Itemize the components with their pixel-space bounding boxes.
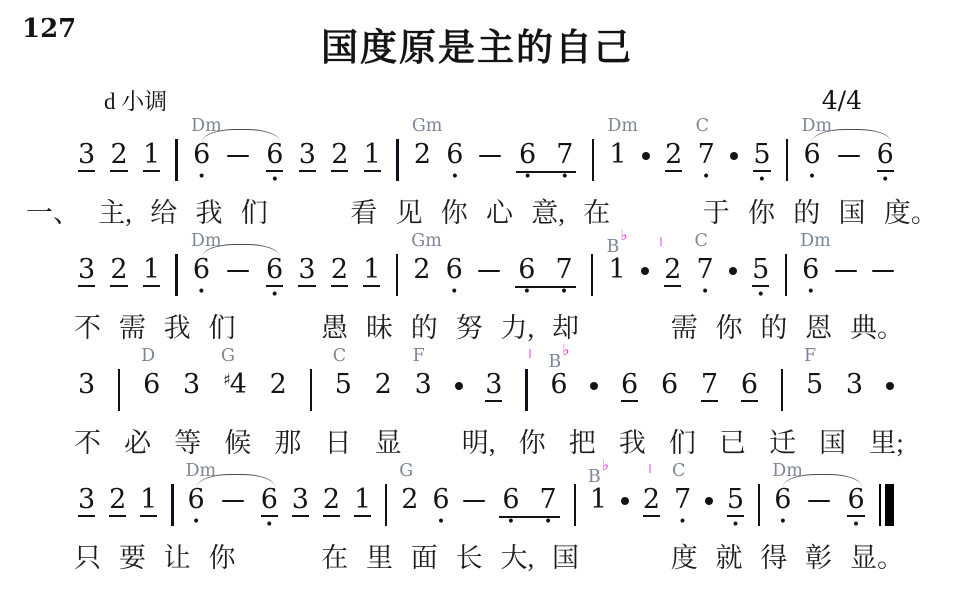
barline xyxy=(171,484,173,526)
chord-label: Dm xyxy=(772,463,803,481)
jianpu-note: 6• xyxy=(266,256,283,287)
chord-label: Dm xyxy=(191,233,222,251)
lyric-syllable: 主, xyxy=(98,198,132,229)
jianpu-note: 6• xyxy=(877,141,894,172)
sustain-dash xyxy=(872,270,894,273)
chord-label: C xyxy=(695,233,708,251)
note-value: 7 xyxy=(697,256,714,284)
note-value: 1 xyxy=(354,486,371,517)
lyric-syllable: 明, xyxy=(462,428,496,459)
jianpu-note: 3 xyxy=(78,256,95,287)
lyric-syllable: 的 xyxy=(793,198,820,229)
lyric-syllable: 里; xyxy=(869,428,904,459)
note-value: 3 xyxy=(78,486,95,517)
lyric-syllable: 愚 xyxy=(321,313,348,344)
low-octave-dot: • xyxy=(451,170,459,184)
lyric-syllable: 候 xyxy=(224,428,251,459)
lyric-syllable: 昧 xyxy=(366,313,393,344)
low-octave-dot: • xyxy=(560,285,568,299)
low-octave-dot: • xyxy=(701,285,709,299)
lyrics-row: 一、主,给我们看见你心意,在于你的国度。 xyxy=(26,198,938,229)
barline xyxy=(591,254,593,296)
barline xyxy=(592,139,594,181)
sustain-dash xyxy=(463,500,485,503)
jianpu-note: 2 xyxy=(323,486,340,517)
lyric-syllable: 给 xyxy=(150,198,177,229)
jianpu-note: 6 xyxy=(741,371,758,402)
lyric-syllable: 典。 xyxy=(850,313,904,344)
note-value: 6 xyxy=(774,486,791,514)
lyric-syllable: 你 xyxy=(441,198,468,229)
note-value: 2 xyxy=(110,141,127,172)
augmentation-dot xyxy=(729,267,737,275)
chord-label: Dm xyxy=(191,118,222,136)
note-value: 1 xyxy=(140,486,157,517)
lyric-syllable: 显。 xyxy=(850,543,904,574)
chord-label: G xyxy=(221,348,235,366)
lyric-syllable: 日 xyxy=(324,428,351,459)
low-octave-dot: • xyxy=(852,518,860,532)
lyric-syllable: 你 xyxy=(519,428,546,459)
note-value: 7 xyxy=(698,141,715,169)
sustain-dash xyxy=(808,500,830,503)
lyrics-row: 不必等候那日显明,你把我们已迁国里; xyxy=(74,428,904,459)
jianpu-note: Dm6• xyxy=(193,141,210,169)
chord-label: F xyxy=(804,348,816,366)
note-value: 6 xyxy=(266,256,283,287)
note-value: 6 xyxy=(261,486,278,517)
note-value: 3 xyxy=(78,141,95,172)
jianpu-note: 6• xyxy=(432,486,449,514)
sustain-dash xyxy=(227,270,249,273)
chord-label: Dm xyxy=(801,118,832,136)
jianpu-note: 3 xyxy=(846,371,863,399)
note-value: 3 xyxy=(78,256,95,287)
note-value: 1 xyxy=(363,256,380,287)
note-value: 6 xyxy=(803,141,820,169)
jianpu-note: 2 xyxy=(375,371,392,399)
jianpu-note: C7• xyxy=(674,486,691,514)
scan-tick xyxy=(660,237,662,246)
jianpu-note: F3 xyxy=(415,371,432,399)
note-value: 3 xyxy=(299,141,316,172)
barline xyxy=(786,139,788,181)
key-signature: d 小调 xyxy=(104,83,167,116)
note-value: 2 xyxy=(331,141,348,172)
lyric-syllable: 里 xyxy=(366,543,393,574)
barline xyxy=(758,484,760,526)
jianpu-note: G2 xyxy=(401,486,418,514)
chord-label: B♭ xyxy=(548,348,569,371)
note-value: 6 xyxy=(193,256,210,284)
barline xyxy=(175,139,177,181)
lyric-syllable: 一、 xyxy=(26,198,80,229)
jianpu-note: C5 xyxy=(335,371,352,399)
lyric-syllable: 等 xyxy=(174,428,201,459)
jianpu-note: 2 xyxy=(110,141,127,172)
jianpu-note: 1 xyxy=(140,486,157,517)
note-value: 6 xyxy=(550,371,567,399)
lyric-syllable: 度。 xyxy=(884,198,938,229)
chord-label: C xyxy=(672,463,685,481)
jianpu-note: 1 xyxy=(143,141,160,172)
beam-group: 6•7• xyxy=(515,256,575,288)
jianpu-note: 2 xyxy=(110,256,127,287)
augmentation-dot xyxy=(590,382,598,390)
lyric-syllable: 们 xyxy=(241,198,268,229)
note-value: 6 xyxy=(266,141,283,172)
augmentation-dot xyxy=(705,497,713,505)
jianpu-note: 6• xyxy=(261,486,278,517)
jianpu-note: 2 xyxy=(665,141,682,172)
lyric-syllable: 我 xyxy=(619,428,646,459)
tie-group: Dm6•6• xyxy=(774,486,864,517)
augmentation-dot xyxy=(886,382,894,390)
barline xyxy=(175,254,177,296)
note-value: 1 xyxy=(590,486,607,514)
augmentation-dot xyxy=(455,382,463,390)
note-value: 5 xyxy=(806,371,823,399)
lyric-syllable: 面 xyxy=(411,543,438,574)
jianpu-note: 3 xyxy=(78,371,95,399)
music-system: 321Dm6•6•321G26•6•7•B♭12C7•5•Dm6•6•只要让你在… xyxy=(0,461,954,576)
note-value: 2 xyxy=(401,486,418,514)
chord-label: Dm xyxy=(186,463,217,481)
jianpu-note: 1 xyxy=(354,486,371,517)
lyrics-row: 只要让你在里面长大,国度就得彰显。 xyxy=(74,543,904,574)
low-octave-dot: • xyxy=(437,515,445,529)
note-value: 5 xyxy=(727,486,744,517)
sustain-dash xyxy=(227,155,249,158)
lyric-syllable: 只 xyxy=(74,543,101,574)
jianpu-note: Dm6• xyxy=(193,256,210,284)
note-value: 1 xyxy=(609,141,626,169)
lyric-syllable: 见 xyxy=(396,198,423,229)
lyric-syllable: 恩 xyxy=(805,313,832,344)
note-value: 7 xyxy=(556,141,573,169)
lyric-syllable: 我 xyxy=(164,313,191,344)
barline xyxy=(396,254,398,296)
low-octave-dot: • xyxy=(779,515,787,529)
augmentation-dot xyxy=(730,152,738,160)
jianpu-note: Dm6• xyxy=(802,256,819,284)
note-value: 3 xyxy=(485,371,502,402)
jianpu-note: 2 xyxy=(331,141,348,172)
jianpu-note: 6 xyxy=(621,371,638,402)
lyric-syllable: 让 xyxy=(164,543,191,574)
note-value: 2 xyxy=(375,371,392,399)
jianpu-note: 2 xyxy=(643,486,660,517)
jianpu-note: 6• xyxy=(502,486,519,514)
jianpu-note: 2 xyxy=(109,486,126,517)
chord-label: C xyxy=(696,118,709,136)
lyric-syllable: 们 xyxy=(208,313,235,344)
chord-label: B♭ xyxy=(606,233,627,256)
low-octave-dot: • xyxy=(198,170,206,184)
lyric-syllable: 长 xyxy=(456,543,483,574)
final-barline xyxy=(879,484,894,526)
jianpu-note: Dm6• xyxy=(803,141,820,169)
lyric-gap xyxy=(253,566,303,567)
low-octave-dot: • xyxy=(731,518,739,532)
scan-tick xyxy=(529,349,531,358)
sustain-dash xyxy=(479,155,501,158)
note-value: 6 xyxy=(193,141,210,169)
note-value: 6 xyxy=(741,371,758,402)
note-value: 2 xyxy=(643,486,660,517)
low-octave-dot: • xyxy=(678,515,686,529)
lyric-syllable: 的 xyxy=(760,313,787,344)
jianpu-note: Dm1 xyxy=(609,141,626,169)
lyric-syllable: 不 xyxy=(74,428,101,459)
note-value: 1 xyxy=(364,141,381,172)
flat-icon: ♭ xyxy=(602,456,609,474)
flat-icon: ♭ xyxy=(620,226,627,244)
note-value: 6 xyxy=(802,256,819,284)
chord-label: Dm xyxy=(800,233,831,251)
sustain-dash xyxy=(478,270,500,273)
lyric-syllable: 显 xyxy=(375,428,402,459)
barline xyxy=(396,139,398,181)
low-octave-dot: • xyxy=(197,285,205,299)
jianpu-note: 6• xyxy=(446,141,463,169)
meta-row: d 小调 4/4 xyxy=(0,69,954,116)
note-value: 2 xyxy=(413,256,430,284)
lyric-gap xyxy=(597,336,653,337)
jianpu-note: 3 xyxy=(292,486,309,517)
lyric-syllable: 需 xyxy=(119,313,146,344)
note-value: 6 xyxy=(143,371,160,399)
jianpu-note: B♭1 xyxy=(590,486,607,514)
note-value: 2 xyxy=(323,486,340,517)
note-value: 3 xyxy=(78,371,95,399)
lyric-syllable: 却 xyxy=(552,313,579,344)
note-value: 6 xyxy=(661,371,678,399)
tie-group: Dm6•6• xyxy=(193,141,283,172)
jianpu-note: 1 xyxy=(364,141,381,172)
jianpu-note: 2 xyxy=(664,256,681,287)
sustain-dash xyxy=(838,155,860,158)
jianpu-note: 1 xyxy=(363,256,380,287)
lyric-syllable: 努 xyxy=(456,313,483,344)
note-value: 2 xyxy=(665,141,682,172)
sustain-dash xyxy=(222,500,244,503)
note-value: 7 xyxy=(540,486,557,514)
tie-group: Dm6•6• xyxy=(803,141,893,172)
jianpu-note: B♭1 xyxy=(608,256,625,284)
music-system: 3D63G♯42C52F33B♭66676F53不必等候那日显明,你把我们已迁国… xyxy=(0,346,954,461)
note-value: 2 xyxy=(331,256,348,287)
lyric-syllable: 已 xyxy=(719,428,746,459)
jianpu-note: 2 xyxy=(270,371,287,399)
jianpu-note: 6• xyxy=(446,256,463,284)
note-value: 7 xyxy=(555,256,572,284)
lyric-syllable: 不 xyxy=(74,313,101,344)
sharp-icon: ♯ xyxy=(223,370,231,389)
lyric-syllable: 需 xyxy=(671,313,698,344)
lyric-syllable: 在 xyxy=(583,198,610,229)
lyric-syllable: 心 xyxy=(486,198,513,229)
jianpu-note: C7• xyxy=(698,141,715,169)
low-octave-dot: • xyxy=(881,173,889,187)
jianpu-note: 6• xyxy=(847,486,864,517)
note-value: 3 xyxy=(298,256,315,287)
low-octave-dot: • xyxy=(758,173,766,187)
barline xyxy=(385,484,387,526)
jianpu-note: 3 xyxy=(299,141,316,172)
low-octave-dot: • xyxy=(270,288,278,302)
lyric-syllable: 得 xyxy=(760,543,787,574)
lyric-syllable: 国 xyxy=(552,543,579,574)
jianpu-note: Gm2 xyxy=(413,256,430,284)
jianpu-note: Dm6• xyxy=(774,486,791,514)
note-value: 3 xyxy=(415,371,432,399)
notation-row: 321Dm6•6•321Gm26•6•7•B♭12C7•5•Dm6• xyxy=(78,256,894,302)
scan-tick xyxy=(649,464,651,473)
chord-label: F xyxy=(413,348,425,366)
low-octave-dot: • xyxy=(757,288,765,302)
lyric-syllable: 你 xyxy=(748,198,775,229)
page-title: 国度原是主的自己 xyxy=(0,28,954,69)
note-value: 6 xyxy=(446,256,463,284)
note-value: 6 xyxy=(188,486,205,514)
jianpu-note: 5• xyxy=(753,141,770,172)
jianpu-note: G♯4 xyxy=(223,371,247,399)
low-octave-dot: • xyxy=(271,173,279,187)
lyric-gap xyxy=(597,566,653,567)
note-value: 5 xyxy=(753,141,770,172)
music-system: 321Dm6•6•321Gm26•6•7•B♭12C7•5•Dm6•不需我们愚昧… xyxy=(0,231,954,346)
lyric-syllable: 们 xyxy=(669,428,696,459)
barline xyxy=(525,369,527,411)
barline xyxy=(310,369,312,411)
notation-row: 321Dm6•6•321G26•6•7•B♭12C7•5•Dm6•6• xyxy=(78,486,894,532)
lyric-syllable: 国 xyxy=(839,198,866,229)
note-value: 3 xyxy=(183,371,200,399)
note-value: 1 xyxy=(608,256,625,284)
low-octave-dot: • xyxy=(561,170,569,184)
lyric-syllable: 大, xyxy=(500,543,534,574)
jianpu-note: 3 xyxy=(485,371,502,402)
jianpu-note: 7• xyxy=(556,141,573,169)
lyric-syllable: 迁 xyxy=(769,428,796,459)
barline xyxy=(574,484,576,526)
jianpu-note: Dm6• xyxy=(188,486,205,514)
flat-icon: ♭ xyxy=(562,341,569,359)
lyric-syllable: 必 xyxy=(124,428,151,459)
augmentation-dot xyxy=(641,267,649,275)
note-value: 6 xyxy=(446,141,463,169)
lyric-syllable: 彰 xyxy=(805,543,832,574)
note-value: 3 xyxy=(292,486,309,517)
chord-label: G xyxy=(399,463,413,481)
low-octave-dot: • xyxy=(702,170,710,184)
note-value: 3 xyxy=(846,371,863,399)
note-value: 6 xyxy=(847,486,864,517)
low-octave-dot: • xyxy=(192,515,200,529)
jianpu-note: Gm2 xyxy=(414,141,431,169)
barline xyxy=(781,369,783,411)
jianpu-note: C7• xyxy=(697,256,714,284)
note-value: 5 xyxy=(335,371,352,399)
lyric-syllable: 看 xyxy=(350,198,377,229)
chord-label: Gm xyxy=(412,118,443,136)
jianpu-note: 1 xyxy=(143,256,160,287)
lyric-syllable: 就 xyxy=(716,543,743,574)
jianpu-note: 7 xyxy=(701,371,718,402)
jianpu-note: 2 xyxy=(331,256,348,287)
chord-label: B♭ xyxy=(588,463,609,486)
jianpu-note: 5• xyxy=(752,256,769,287)
lyric-syllable: 意, xyxy=(531,198,565,229)
jianpu-note: B♭6 xyxy=(550,371,567,399)
beam-group: 6•7• xyxy=(516,141,576,173)
note-value: 6 xyxy=(432,486,449,514)
lyric-syllable: 国 xyxy=(819,428,846,459)
notation-row: 321Dm6•6•321Gm26•6•7•Dm12C7•5•Dm6•6• xyxy=(78,141,894,187)
time-signature: 4/4 xyxy=(822,86,862,115)
note-value: 7 xyxy=(674,486,691,514)
beam-group: 6•7• xyxy=(499,486,559,518)
note-value: 6 xyxy=(519,141,536,169)
lyric-syllable: 你 xyxy=(208,543,235,574)
note-value: 6 xyxy=(502,486,519,514)
note-value: 1 xyxy=(143,256,160,287)
jianpu-note: 3 xyxy=(183,371,200,399)
final-bar-thin xyxy=(879,484,881,526)
jianpu-note: 3 xyxy=(298,256,315,287)
note-value: 2 xyxy=(109,486,126,517)
jianpu-note: 7• xyxy=(540,486,557,514)
chord-label: D xyxy=(141,348,155,366)
sheet-music-page: 127 国度原是主的自己 d 小调 4/4 321Dm6•6•321Gm26•6… xyxy=(0,0,954,610)
lyric-syllable: 度 xyxy=(671,543,698,574)
note-value: 4 xyxy=(230,371,247,399)
note-value: 6 xyxy=(877,141,894,172)
jianpu-note: F5 xyxy=(806,371,823,399)
chord-label: C xyxy=(333,348,346,366)
augmentation-dot xyxy=(642,152,650,160)
note-value: 2 xyxy=(664,256,681,287)
lyric-gap xyxy=(253,336,303,337)
note-value: 6 xyxy=(518,256,535,284)
jianpu-note: 7• xyxy=(555,256,572,284)
low-octave-dot: • xyxy=(523,170,531,184)
lyric-syllable: 于 xyxy=(703,198,730,229)
low-octave-dot: • xyxy=(450,285,458,299)
lyric-gap xyxy=(629,221,685,222)
low-octave-dot: • xyxy=(807,285,815,299)
note-value: 5 xyxy=(752,256,769,287)
jianpu-note: 5• xyxy=(727,486,744,517)
final-bar-thick xyxy=(885,484,894,526)
lyric-gap xyxy=(425,451,439,452)
lyric-syllable: 那 xyxy=(274,428,301,459)
low-octave-dot: • xyxy=(544,515,552,529)
jianpu-note: D6 xyxy=(143,371,160,399)
jianpu-note: 6• xyxy=(266,141,283,172)
tie-group: Dm6•6• xyxy=(188,486,278,517)
music-systems: 321Dm6•6•321Gm26•6•7•Dm12C7•5•Dm6•6•一、主,… xyxy=(0,116,954,576)
page-header: 127 国度原是主的自己 xyxy=(0,0,954,69)
low-octave-dot: • xyxy=(265,518,273,532)
tie-group: Dm6•6• xyxy=(193,256,283,287)
music-system: 321Dm6•6•321Gm26•6•7•Dm12C7•5•Dm6•6•一、主,… xyxy=(0,116,954,231)
chord-label: Dm xyxy=(607,118,638,136)
low-octave-dot: • xyxy=(808,170,816,184)
sustain-dash xyxy=(835,270,857,273)
low-octave-dot: • xyxy=(523,285,531,299)
